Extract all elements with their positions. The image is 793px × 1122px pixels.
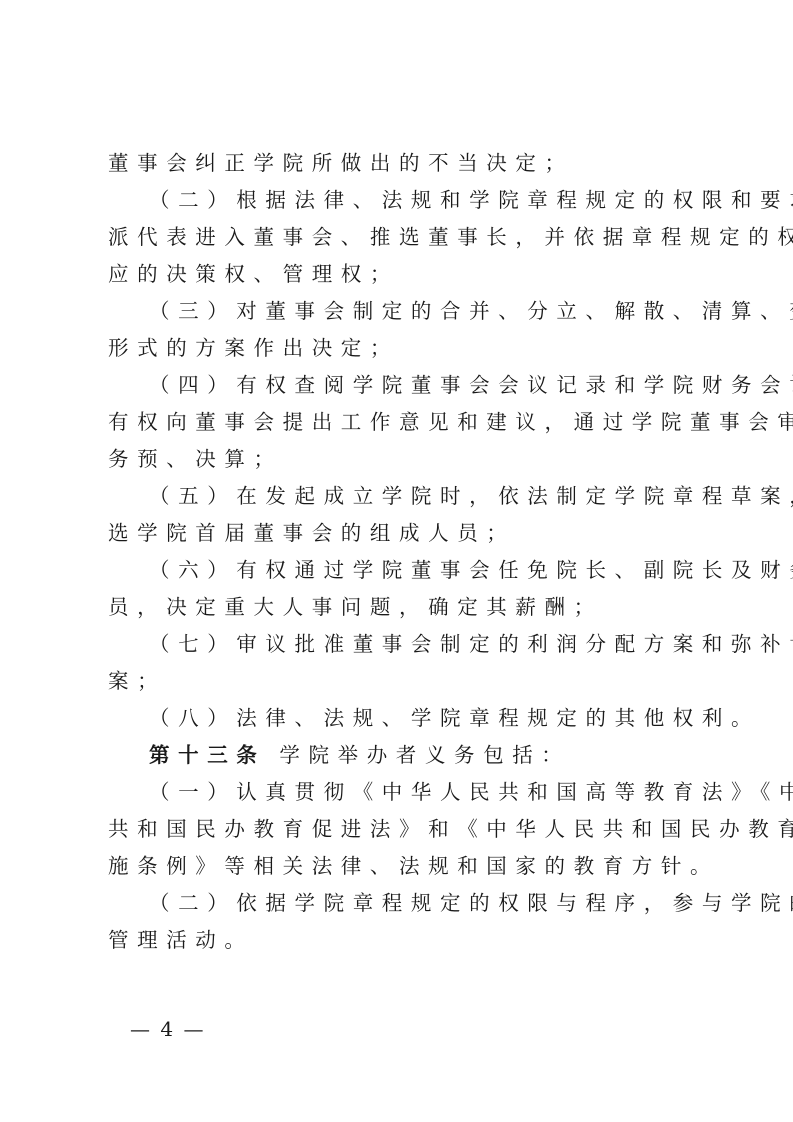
text-line: （七）审议批准董事会制定的利润分配方案和弥补亏损方 xyxy=(108,626,700,663)
article-heading: 第十三条 xyxy=(149,743,265,767)
text-line: 有权向董事会提出工作意见和建议，通过学院董事会审定学院财 xyxy=(108,404,700,441)
text-line: （四）有权查阅学院董事会会议记录和学院财务会计报告， xyxy=(108,367,700,404)
text-line: （三）对董事会制定的合并、分立、解散、清算、变更学院 xyxy=(108,293,700,330)
text-line: 务预、决算； xyxy=(108,441,700,478)
document-body: 董事会纠正学院所做出的不当决定； （二）根据法律、法规和学院章程规定的权限和要求… xyxy=(108,145,700,959)
text-line: 应的决策权、管理权； xyxy=(108,256,700,293)
text-line: （八）法律、法规、学院章程规定的其他权利。 xyxy=(108,700,700,737)
text-line: （五）在发起成立学院时，依法制定学院章程草案，负责推 xyxy=(108,478,700,515)
text-line: 施条例》等相关法律、法规和国家的教育方针。 xyxy=(108,848,700,885)
text-line: （六）有权通过学院董事会任免院长、副院长及财务管理人 xyxy=(108,552,700,589)
article-line: 第十三条学院举办者义务包括： xyxy=(108,737,700,774)
text-line: 共和国民办教育促进法》和《中华人民共和国民办教育促进法实 xyxy=(108,811,700,848)
text-line: （一）认真贯彻《中华人民共和国高等教育法》《中华人民 xyxy=(108,774,700,811)
text-line: 案； xyxy=(108,663,700,700)
page-number: — 4 — xyxy=(130,1017,205,1041)
text-line: （二）依据学院章程规定的权限与程序，参与学院的办学和 xyxy=(108,885,700,922)
text-line: 派代表进入董事会、推选董事长，并依据章程规定的权限行使相 xyxy=(108,219,700,256)
text-line: 员，决定重大人事问题，确定其薪酬； xyxy=(108,589,700,626)
text-line: 管理活动。 xyxy=(108,922,700,959)
text-line: 形式的方案作出决定； xyxy=(108,330,700,367)
text-line: 董事会纠正学院所做出的不当决定； xyxy=(108,145,700,182)
text-line: 选学院首届董事会的组成人员； xyxy=(108,515,700,552)
article-text: 学院举办者义务包括： xyxy=(279,743,570,767)
text-line: （二）根据法律、法规和学院章程规定的权限和要求进入或 xyxy=(108,182,700,219)
